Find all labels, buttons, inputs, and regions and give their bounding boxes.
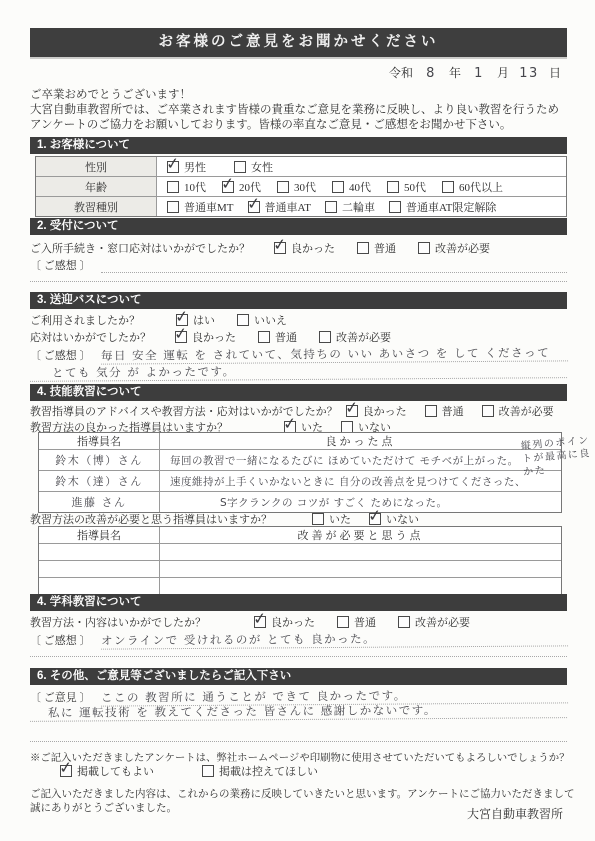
option-male: 男性	[167, 159, 206, 175]
option-car-mt: 普通車MT	[167, 199, 234, 215]
checkbox-bus-used-no[interactable]	[237, 314, 249, 326]
checkbox-motorcycle[interactable]	[325, 201, 337, 213]
checkbox-age-10s[interactable]	[167, 181, 179, 193]
option-label: 50代	[404, 179, 426, 195]
option-label: 女性	[251, 159, 273, 175]
option-label: 普通	[275, 329, 297, 345]
option-label: 二輪車	[342, 199, 375, 215]
column-header-instructor-name: 指導員名	[39, 527, 160, 543]
table-row-course-type: 教習種別 普通車MT 普通車AT 二輪車 普通車AT限定解除	[36, 196, 566, 216]
academic-feedback-input-line-2[interactable]	[30, 643, 567, 657]
page-title: お客様のご意見をお聞かせください	[30, 28, 567, 57]
row-label-gender: 性別	[36, 157, 157, 176]
customer-info-table: 性別 男性 女性 年齢 10代	[35, 156, 567, 217]
empty-name-cell[interactable]	[39, 578, 160, 594]
option-age-10s: 10代	[167, 179, 206, 195]
checkbox-academic-normal[interactable]	[337, 616, 349, 628]
instructor-name-2: 鈴木（達）さん	[39, 471, 160, 491]
section-3-header: 3. 送迎バスについて	[30, 292, 567, 309]
option-female: 女性	[234, 159, 273, 175]
option-reception-good: 良かった	[274, 240, 335, 256]
table-row-instructor-1: 鈴木（博）さん 毎回の教習で一緒になるたびに ほめていただけて モチベが上がった…	[39, 449, 561, 470]
questionnaire-page: お客様のご意見をお聞かせください 令和 8 年 1 月 13 日 ご卒業おめでと…	[0, 0, 595, 841]
checkbox-bus-needs-improvement[interactable]	[319, 331, 331, 343]
option-skill-needs-improvement: 改善が必要	[482, 403, 554, 419]
bus-service-question: 応対はいかがでしたか？	[30, 329, 151, 345]
course-type-options: 普通車MT 普通車AT 二輪車 普通車AT限定解除	[157, 199, 566, 215]
checkbox-age-40s[interactable]	[332, 181, 344, 193]
publish-question: ※ご記入いただきましたアンケートは、弊社ホームページや印刷物に使用させていただい…	[30, 749, 567, 764]
option-bus-needs-improvement: 改善が必要	[319, 329, 391, 345]
option-label: 普通車MT	[184, 199, 234, 215]
option-bus-good: 良かった	[175, 329, 236, 345]
option-label: 普通	[354, 614, 376, 630]
option-academic-needs-improvement: 改善が必要	[398, 614, 470, 630]
option-skill-normal: 普通	[425, 403, 464, 419]
option-age-60s: 60代以上	[442, 179, 503, 195]
table-row-instructor-3: 進藤 さん S字クランクの コツが すごく ためになった。	[39, 491, 561, 512]
option-at-limited-release: 普通車AT限定解除	[389, 199, 496, 215]
option-publish-ok: 掲載してもよい	[60, 763, 154, 779]
option-improve-instructor-yes: いた	[312, 511, 351, 527]
date-line: 令和 8 年 1 月 13 日	[30, 64, 567, 81]
checkbox-age-60s[interactable]	[442, 181, 454, 193]
option-label: はい	[193, 312, 215, 328]
date-day-label: 日	[549, 66, 561, 80]
instructor-name-3: 進藤 さん	[39, 492, 160, 512]
checkbox-age-30s[interactable]	[277, 181, 289, 193]
good-instructor-table: 指導員名 良かった点 鈴木（博）さん 毎回の教習で一緒になるたびに ほめていただ…	[38, 432, 562, 513]
option-label: 良かった	[271, 614, 315, 630]
good-point-2: 速度維持が上手くいかないときに 自分の改善点を見つけてくださった、	[160, 474, 561, 489]
checkbox-age-50s[interactable]	[387, 181, 399, 193]
table-empty-row-2	[39, 560, 561, 577]
checkbox-bus-normal[interactable]	[258, 331, 270, 343]
table-header-row: 指導員名 改善が必要と思う点	[39, 527, 561, 543]
feedback-label: 〔 ご感想 〕	[30, 347, 91, 363]
checkbox-reception-normal[interactable]	[357, 242, 369, 254]
option-improve-instructor-no: いない	[369, 511, 419, 527]
row-label-course-type: 教習種別	[36, 197, 157, 216]
option-label: いない	[386, 511, 419, 527]
signature: 大宮自動車教習所	[30, 805, 567, 822]
checkbox-publish-refrain[interactable]	[202, 765, 214, 777]
option-label: 60代以上	[459, 179, 503, 195]
intro-line-2: 大宮自動車教習所では、ご卒業されます皆様の貴重なご意見を業務に反映し、より良い教…	[30, 103, 567, 118]
option-reception-needs-improvement: 改善が必要	[418, 240, 490, 256]
age-options: 10代 20代 30代 40代 50代	[157, 179, 566, 195]
option-car-at: 普通車AT	[248, 199, 311, 215]
checkbox-skill-needs-improvement[interactable]	[482, 405, 494, 417]
option-label: 男性	[184, 159, 206, 175]
intro-line-1: ご卒業おめでとうございます！	[30, 88, 567, 103]
option-skill-good: 良かった	[346, 403, 407, 419]
checkbox-skill-good[interactable]	[346, 405, 358, 417]
date-day-value: 13	[512, 66, 546, 81]
section-6-header: 6. その他、ご意見等ございましたらご記入下さい	[30, 668, 567, 685]
bus-used-question-line: ご利用されましたか？ はい いいえ	[30, 312, 567, 328]
option-academic-good: 良かった	[254, 614, 315, 630]
option-label: 改善が必要	[435, 240, 490, 256]
option-reception-normal: 普通	[357, 240, 396, 256]
other-feedback-input-line-3[interactable]	[30, 728, 567, 742]
column-header-instructor-name: 指導員名	[39, 433, 160, 449]
option-publish-refrain: 掲載は控えてほしい	[202, 763, 318, 779]
instructor-name-1: 鈴木（博）さん	[39, 450, 160, 470]
instructor-advice-question-line: 教習指導員のアドバイスや教習方法・応対はいかがでしたか？ 良かった 普通 改善が…	[30, 403, 567, 419]
publish-options-line: 掲載してもよい 掲載は控えてほしい	[30, 763, 567, 779]
option-label: 30代	[294, 179, 316, 195]
bus-used-question: ご利用されましたか？	[30, 312, 140, 328]
table-empty-row-1	[39, 543, 561, 560]
section-4-header: 4. 技能教習について	[30, 384, 567, 401]
checkbox-age-20s[interactable]	[222, 181, 234, 193]
bus-feedback-line-2[interactable]: とても 気分 が よかったです。	[30, 361, 567, 382]
good-point-1: 毎回の教習で一緒になるたびに ほめていただけて モチベが上がった。	[160, 453, 561, 468]
option-label: 普通	[442, 403, 464, 419]
checkbox-reception-good[interactable]	[274, 242, 286, 254]
table-row-age: 年齢 10代 20代 30代 40代	[36, 176, 566, 196]
option-motorcycle: 二輪車	[325, 199, 375, 215]
academic-question: 教習方法・内容はいかがでしたか？	[30, 614, 206, 630]
option-label: 改善が必要	[336, 329, 391, 345]
option-age-50s: 50代	[387, 179, 426, 195]
bus-service-question-line: 応対はいかがでしたか？ 良かった 普通 改善が必要	[30, 329, 567, 345]
option-age-30s: 30代	[277, 179, 316, 195]
section-1-header: 1. お客様について	[30, 137, 567, 154]
table-row-gender: 性別 男性 女性	[36, 157, 566, 176]
option-label: 良かった	[291, 240, 335, 256]
checkbox-skill-normal[interactable]	[425, 405, 437, 417]
bus-feedback-row: 〔 ご感想 〕 毎日 安全 運転 を されていて、気持ちの いい あいさつ を …	[30, 346, 567, 363]
date-month-label: 月	[497, 66, 509, 80]
option-bus-used-no: いいえ	[237, 312, 287, 328]
opinion-label: 〔 ご意見 〕	[30, 689, 91, 705]
row-label-age: 年齢	[36, 177, 157, 196]
academic-question-line: 教習方法・内容はいかがでしたか？ 良かった 普通 改善が必要	[30, 614, 567, 630]
other-feedback-line-2[interactable]: 私に 運転技術 を 教えてくださった 皆さんに 感謝しかないです。	[30, 701, 567, 722]
date-month-value: 1	[464, 66, 494, 81]
section-2-header: 2. 受付について	[30, 218, 567, 235]
checkbox-improve-instructor-no[interactable]	[369, 513, 381, 525]
option-label: 良かった	[363, 403, 407, 419]
checkbox-improve-instructor-yes[interactable]	[312, 513, 324, 525]
checkbox-male[interactable]	[167, 161, 179, 173]
option-label: いた	[329, 511, 351, 527]
option-age-20s: 20代	[222, 179, 261, 195]
option-label: 掲載してもよい	[77, 763, 154, 779]
option-label: 良かった	[192, 329, 236, 345]
reception-question-line: ご入所手続き・窓口応対はいかがでしたか？ 良かった 普通 改善が必要	[30, 240, 567, 256]
reception-feedback-input-line-2[interactable]	[30, 268, 567, 282]
option-label: いいえ	[254, 312, 287, 328]
option-label: 20代	[239, 179, 261, 195]
improve-instructor-question-line: 教習方法の改善が必要と思う指導員はいますか？ いた いない	[30, 511, 567, 527]
section-5-header: 4. 学科教習について	[30, 594, 567, 611]
option-label: 普通	[374, 240, 396, 256]
reception-question: ご入所手続き・窓口応対はいかがでしたか？	[30, 240, 250, 256]
option-age-40s: 40代	[332, 179, 371, 195]
improve-instructor-table: 指導員名 改善が必要と思う点	[38, 526, 562, 595]
checkbox-bus-good[interactable]	[175, 331, 187, 343]
checkbox-publish-ok[interactable]	[60, 765, 72, 777]
option-label: 掲載は控えてほしい	[219, 763, 318, 779]
improve-instructor-question: 教習方法の改善が必要と思う指導員はいますか？	[30, 511, 272, 527]
intro-text: ご卒業おめでとうございます！ 大宮自動車教習所では、ご卒業されます皆様の貴重なご…	[30, 88, 567, 133]
option-label: 改善が必要	[499, 403, 554, 419]
date-year-label: 年	[449, 66, 461, 80]
checkbox-car-at[interactable]	[248, 201, 260, 213]
checkbox-academic-good[interactable]	[254, 616, 266, 628]
date-era-label: 令和	[389, 66, 413, 80]
checkbox-car-mt[interactable]	[167, 201, 179, 213]
option-bus-normal: 普通	[258, 329, 297, 345]
good-point-3: S字クランクの コツが すごく ためになった。	[160, 495, 561, 510]
column-header-good-points: 良かった点	[160, 433, 561, 449]
gender-options: 男性 女性	[157, 159, 566, 175]
option-label: 改善が必要	[415, 614, 470, 630]
option-label: 10代	[184, 179, 206, 195]
option-academic-normal: 普通	[337, 614, 376, 630]
checkbox-female[interactable]	[234, 161, 246, 173]
margin-note: 縦列のポイントが最高に良かた	[520, 434, 595, 479]
option-label: 普通車AT限定解除	[406, 199, 496, 215]
closing-line-1: ご記入いただきました内容は、これからの業務に反映していきたいと思います。アンケー…	[30, 788, 567, 802]
empty-name-cell[interactable]	[39, 561, 160, 577]
intro-line-3: アンケートのご協力をお願いしております。皆様の率直なご意見・ご感想をお聞かせ下さ…	[30, 118, 567, 133]
table-header-row: 指導員名 良かった点	[39, 433, 561, 449]
checkbox-at-limited-release[interactable]	[389, 201, 401, 213]
table-row-instructor-2: 鈴木（達）さん 速度維持が上手くいかないときに 自分の改善点を見つけてくださった…	[39, 470, 561, 491]
checkbox-reception-needs-improvement[interactable]	[418, 242, 430, 254]
checkbox-academic-needs-improvement[interactable]	[398, 616, 410, 628]
table-empty-row-3	[39, 577, 561, 594]
option-label: 普通車AT	[265, 199, 311, 215]
column-header-improve-points: 改善が必要と思う点	[160, 527, 561, 543]
date-year-value: 8	[416, 66, 446, 81]
empty-name-cell[interactable]	[39, 544, 160, 560]
option-label: 40代	[349, 179, 371, 195]
